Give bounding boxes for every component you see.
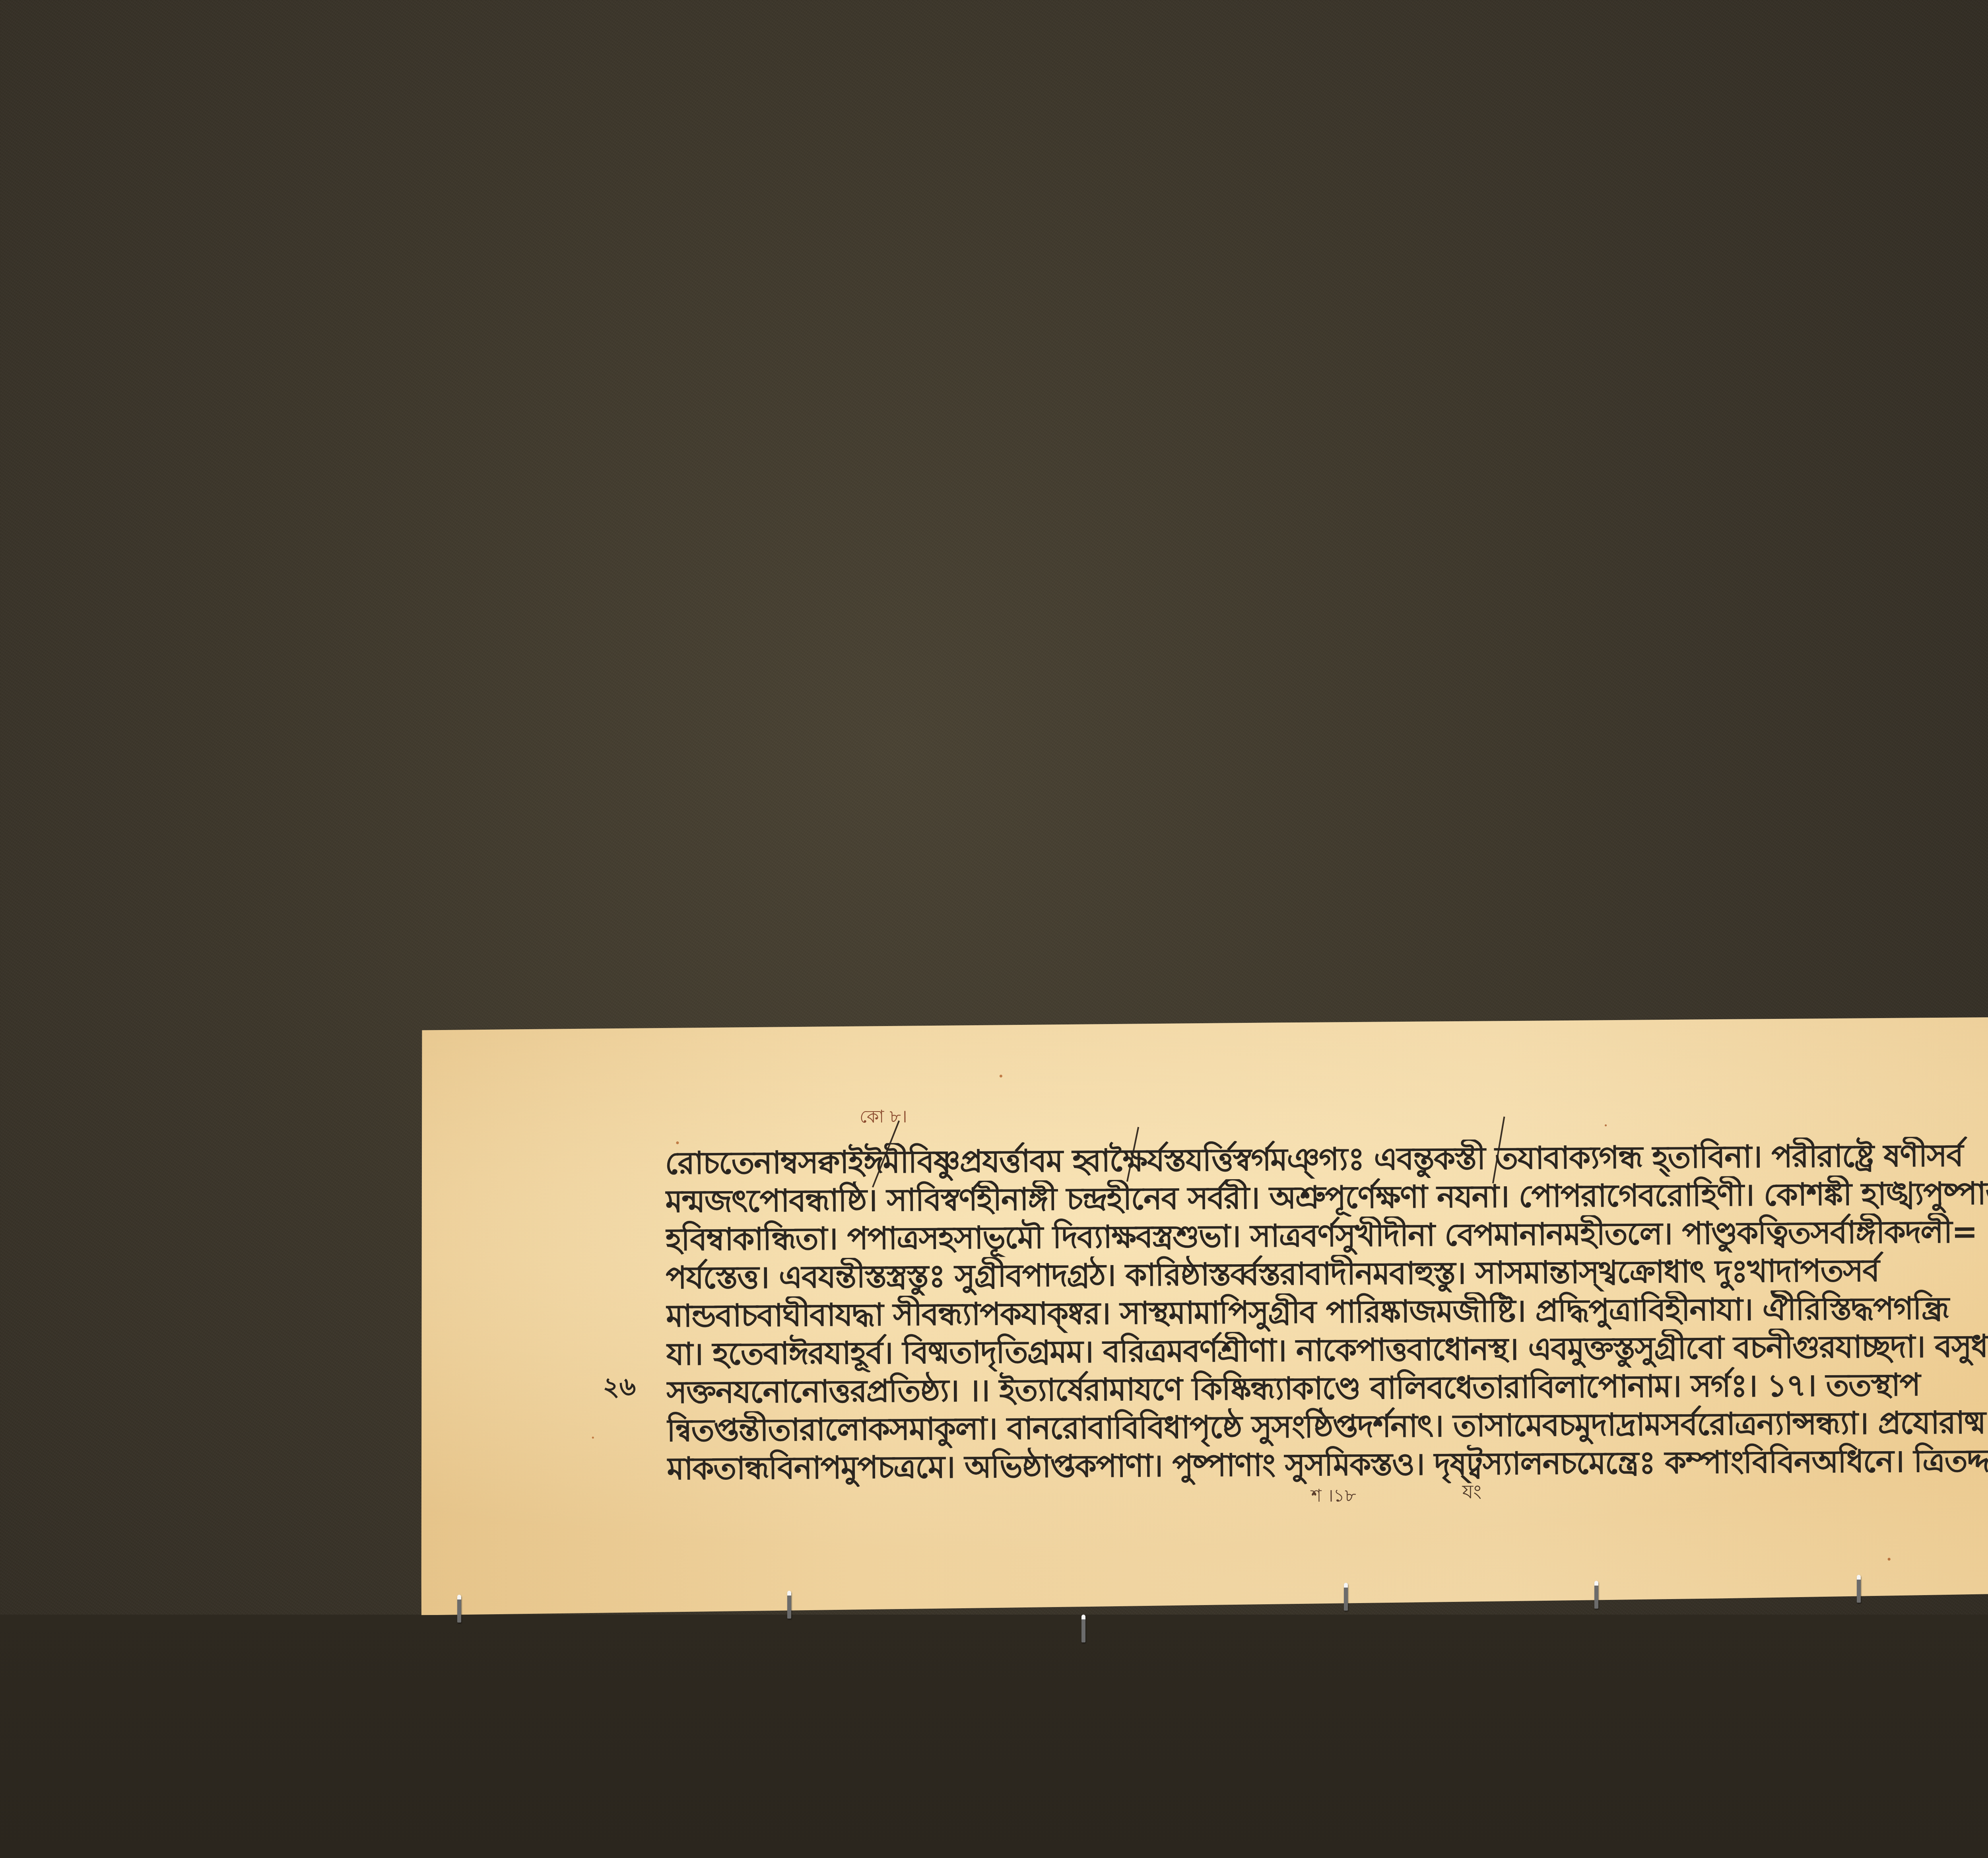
manuscript-text-block: রোচতেনাম্বসক্বাইঈমীবিষ্ণুপ্রযর্ত্তাবম হ্… [665, 1134, 1988, 1488]
mounting-pin [1857, 1575, 1861, 1603]
board-lower-area [0, 1615, 1988, 1858]
mounting-pin [1081, 1615, 1085, 1642]
mounting-pin [457, 1595, 461, 1623]
manuscript-folio: কো ৮। রোচতেনাম্বসক্বাইঈমীবিষ্ণুপ্রযর্ত্ত… [418, 1013, 1988, 1615]
top-marginal-annotation: কো ৮। [860, 1103, 907, 1133]
mounting-pin [1594, 1581, 1598, 1609]
bottom-margin-note-2: যং [1462, 1477, 1482, 1509]
mounting-pin [1344, 1583, 1348, 1611]
bottom-margin-note: শ ।১৮ [1311, 1482, 1356, 1512]
left-margin-folio-number: ২৬ [603, 1367, 636, 1410]
mounting-pin [787, 1591, 791, 1619]
